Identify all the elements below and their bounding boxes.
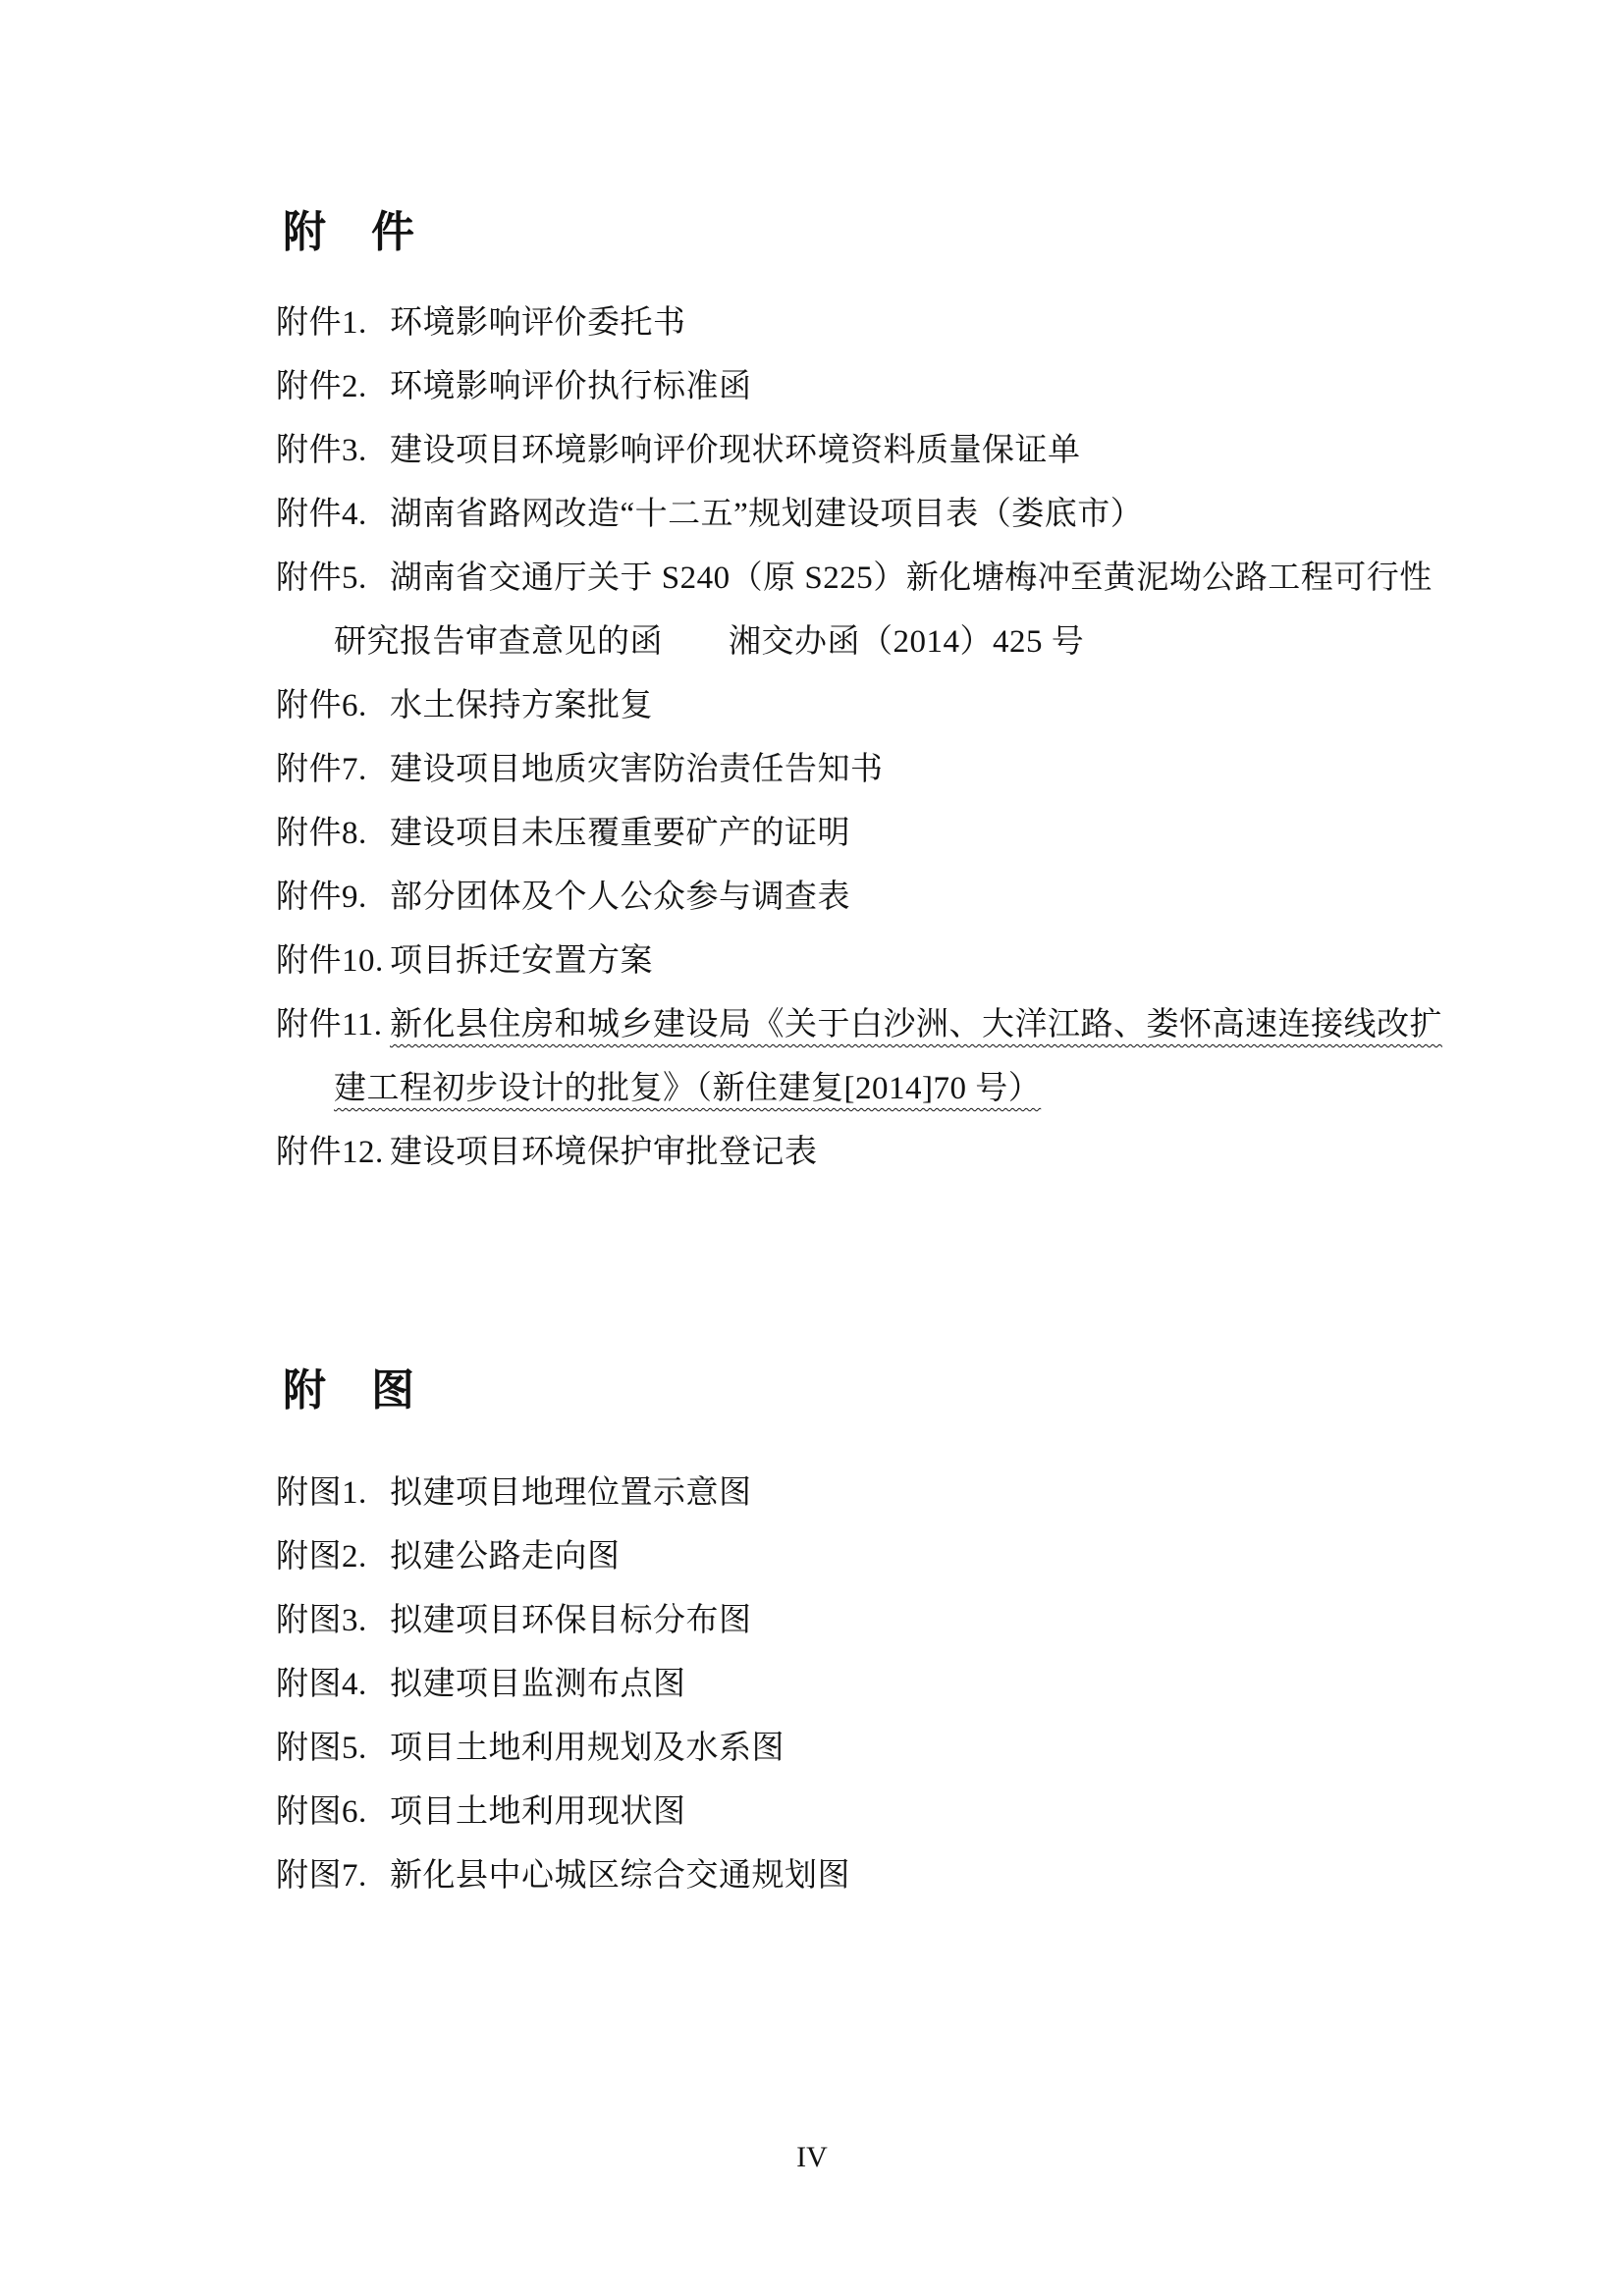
item-text: 部分团体及个人公众参与调查表 (390, 880, 850, 915)
item-label: 附件12. (276, 1121, 390, 1185)
item-text: 建设项目环境影响评价现状环境资料质量保证单 (390, 433, 1081, 468)
item-label: 附图5. (276, 1717, 390, 1781)
item-text: 项目土地利用现状图 (390, 1794, 686, 1830)
list-item: 附图2.拟建公路走向图 (276, 1525, 850, 1589)
list-item: 附件5.湖南省交通厅关于 S240（原 S225）新化塘梅冲至黄泥坳公路工程可行… (276, 547, 1442, 611)
list-item: 附件2.环境影响评价执行标准函 (276, 355, 1442, 419)
item-text-underlined: 新化县住房和城乡建设局《关于白沙洲、大洋江路、娄怀高速连接线改扩 (390, 1007, 1442, 1042)
item-text: 拟建项目环保目标分布图 (390, 1603, 752, 1638)
figures-list: 附图1.拟建项目地理位置示意图 附图2.拟建公路走向图 附图3.拟建项目环保目标… (276, 1462, 850, 1908)
item-text: 项目土地利用规划及水系图 (390, 1731, 785, 1766)
list-item: 附件9.部分团体及个人公众参与调查表 (276, 866, 1442, 930)
item-label: 附件6. (276, 674, 390, 738)
list-item: 附件11.新化县住房和城乡建设局《关于白沙洲、大洋江路、娄怀高速连接线改扩 (276, 993, 1442, 1057)
item-label: 附件9. (276, 866, 390, 930)
list-item: 附件1.环境影响评价委托书 (276, 292, 1442, 355)
page-number: IV (0, 2140, 1624, 2175)
list-item: 附件10.项目拆迁安置方案 (276, 930, 1442, 993)
item-text: 湖南省交通厅关于 S240（原 S225）新化塘梅冲至黄泥坳公路工程可行性 (390, 561, 1433, 596)
item-text: 新化县中心城区综合交通规划图 (390, 1858, 850, 1894)
list-item-continuation: 研究报告审查意见的函 湘交办函（2014）425 号 (276, 611, 1442, 674)
list-item: 附图6.项目土地利用现状图 (276, 1781, 850, 1844)
item-label: 附件5. (276, 547, 390, 611)
list-item: 附件12.建设项目环境保护审批登记表 (276, 1121, 1442, 1185)
item-label: 附件4. (276, 483, 390, 547)
item-label: 附件11. (276, 993, 390, 1057)
list-item: 附件8.建设项目未压覆重要矿产的证明 (276, 802, 1442, 866)
item-text: 研究报告审查意见的函 湘交办函（2014）425 号 (334, 624, 1084, 660)
list-item: 附件6.水土保持方案批复 (276, 674, 1442, 738)
item-label: 附图1. (276, 1462, 390, 1525)
item-label: 附件1. (276, 292, 390, 355)
item-label: 附件2. (276, 355, 390, 419)
item-label: 附图7. (276, 1844, 390, 1908)
item-text-underlined: 建工程初步设计的批复》（新住建复[2014]70 号） (334, 1071, 1041, 1106)
item-text: 水土保持方案批复 (390, 688, 653, 723)
list-item: 附图1.拟建项目地理位置示意图 (276, 1462, 850, 1525)
item-label: 附件7. (276, 738, 390, 802)
attachments-list: 附件1.环境影响评价委托书 附件2.环境影响评价执行标准函 附件3.建设项目环境… (276, 292, 1442, 1185)
list-item: 附件4.湖南省路网改造“十二五”规划建设项目表（娄底市） (276, 483, 1442, 547)
item-label: 附件3. (276, 419, 390, 483)
item-text: 拟建项目地理位置示意图 (390, 1475, 752, 1511)
list-item-continuation: 建工程初步设计的批复》（新住建复[2014]70 号） (276, 1057, 1442, 1121)
item-text: 拟建项目监测布点图 (390, 1667, 686, 1702)
item-label: 附件8. (276, 802, 390, 866)
item-text: 拟建公路走向图 (390, 1539, 621, 1575)
item-text: 项目拆迁安置方案 (390, 943, 653, 979)
item-text: 湖南省路网改造“十二五”规划建设项目表（娄底市） (390, 497, 1143, 532)
list-item: 附件7.建设项目地质灾害防治责任告知书 (276, 738, 1442, 802)
attachments-section-heading: 附 件 (283, 200, 415, 264)
list-item: 附图3.拟建项目环保目标分布图 (276, 1589, 850, 1653)
document-page: 附 件 附件1.环境影响评价委托书 附件2.环境影响评价执行标准函 附件3.建设… (0, 0, 1624, 2296)
list-item: 附图7.新化县中心城区综合交通规划图 (276, 1844, 850, 1908)
figures-section-heading: 附 图 (283, 1359, 415, 1422)
item-label: 附图2. (276, 1525, 390, 1589)
list-item: 附图4.拟建项目监测布点图 (276, 1653, 850, 1717)
item-text: 建设项目未压覆重要矿产的证明 (390, 816, 850, 851)
item-text: 环境影响评价委托书 (390, 305, 686, 341)
item-label: 附图6. (276, 1781, 390, 1844)
list-item: 附件3.建设项目环境影响评价现状环境资料质量保证单 (276, 419, 1442, 483)
item-text: 环境影响评价执行标准函 (390, 369, 752, 404)
item-label: 附图3. (276, 1589, 390, 1653)
item-text: 建设项目环境保护审批登记表 (390, 1135, 818, 1170)
list-item: 附图5.项目土地利用规划及水系图 (276, 1717, 850, 1781)
item-label: 附图4. (276, 1653, 390, 1717)
item-text: 建设项目地质灾害防治责任告知书 (390, 752, 884, 787)
item-label: 附件10. (276, 930, 390, 993)
